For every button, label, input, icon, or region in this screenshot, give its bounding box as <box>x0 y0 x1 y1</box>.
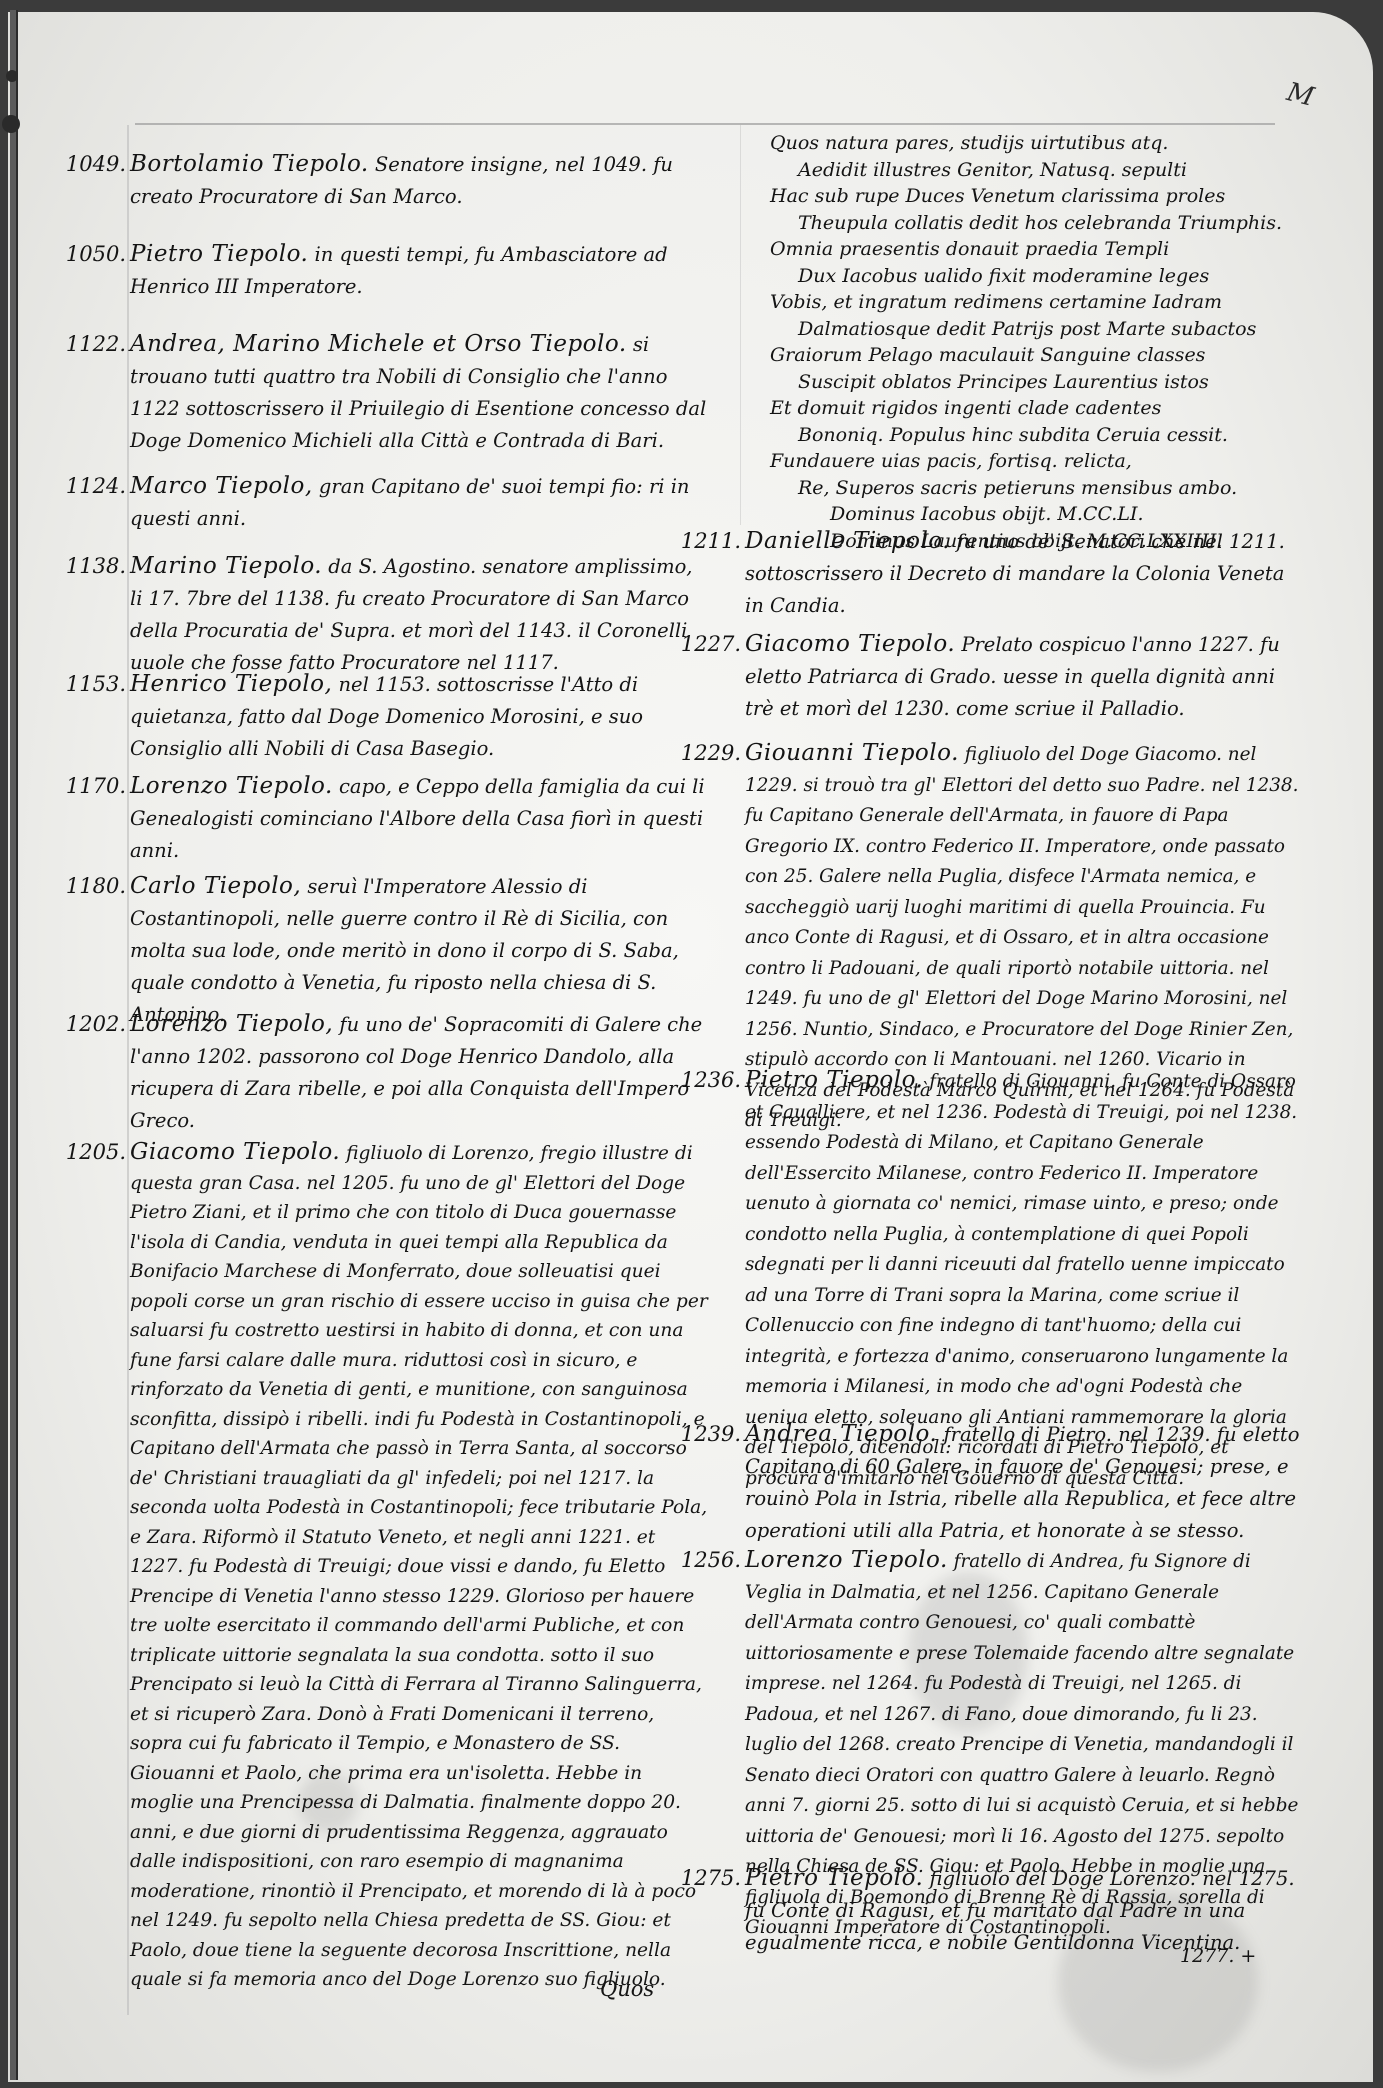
catchword: Quos <box>600 1977 654 2001</box>
entry-year: 1180. <box>40 870 126 902</box>
binding-knot <box>2 115 20 133</box>
entry-name: Marco Tiepolo, <box>130 473 313 499</box>
inscription-line: Fundauere uias pacis, fortisq. relicta, <box>770 448 1270 475</box>
entry-year: 1211. <box>655 525 741 557</box>
binding-knot <box>6 70 18 82</box>
ruled-margin-left <box>127 125 129 2015</box>
entry-name: Marino Tiepolo. <box>130 553 322 579</box>
entry-name: Bortolamio Tiepolo. <box>130 151 369 177</box>
inscription-line: Dominus Iacobus obijt. M.CC.LI. <box>770 501 1270 528</box>
entry-year: 1275. <box>655 1862 741 1894</box>
entry-name: Pietro Tiepolo. <box>130 241 308 267</box>
entry-name: Danielle Tiepolo. <box>745 528 950 554</box>
entry-name: Lorenzo Tiepolo. <box>745 1547 948 1573</box>
inscription-line: Hac sub rupe Duces Venetum clarissima pr… <box>770 183 1270 210</box>
entry-name: Andrea, Marino Michele et Orso Tiepolo. <box>130 331 627 357</box>
inscription-line: Dalmatiosque dedit Patrijs post Marte su… <box>770 316 1270 343</box>
entry-name: Carlo Tiepolo, <box>130 873 301 899</box>
entry: 1050. Pietro Tiepolo. in questi tempi, f… <box>130 238 710 303</box>
entry-year: 1050. <box>40 238 126 270</box>
entry-name: Giouanni Tiepolo. <box>745 740 959 766</box>
entry-year: 1124. <box>40 470 126 502</box>
inscription-line: Graiorum Pelago maculauit Sanguine class… <box>770 342 1270 369</box>
entry-name: Lorenzo Tiepolo, <box>130 1011 333 1037</box>
entry-year: 1239. <box>655 1418 741 1450</box>
entry: 1227. Giacomo Tiepolo. Prelato cospicuo … <box>745 628 1300 725</box>
entry-year: 1170. <box>40 770 126 802</box>
inscription-line: Suscipit oblatos Principes Laurentius is… <box>770 369 1270 396</box>
entry: 1049. Bortolamio Tiepolo. Senatore insig… <box>130 148 710 213</box>
entry: 1180. Carlo Tiepolo, seruì l'Imperatore … <box>130 870 710 1031</box>
binding-thread <box>10 10 18 2080</box>
closing-year-mark: 1277. + <box>1180 1945 1256 1967</box>
entry-text: figliuolo di Lorenzo, fregio illustre di… <box>130 1143 708 1990</box>
entry-name: Henrico Tiepolo, <box>130 671 332 697</box>
entry-name: Giacomo Tiepolo. <box>745 631 955 657</box>
entry: 1122. Andrea, Marino Michele et Orso Tie… <box>130 328 710 457</box>
entry: 1205. Giacomo Tiepolo. figliuolo di Lore… <box>130 1138 710 1995</box>
entry-year: 1227. <box>655 628 741 660</box>
entry-year: 1049. <box>40 148 126 180</box>
entry-year: 1202. <box>40 1008 126 1040</box>
ruled-line-top <box>135 123 1275 125</box>
entry: 1202. Lorenzo Tiepolo, fu uno de' Soprac… <box>130 1008 710 1137</box>
entry-name: Andrea Tiepolo. <box>745 1421 937 1447</box>
entry-year: 1256. <box>655 1545 741 1576</box>
entry: 1170. Lorenzo Tiepolo. capo, e Ceppo del… <box>130 770 710 867</box>
entry-year: 1229. <box>655 738 741 769</box>
entry-name: Pietro Tiepolo. <box>745 1067 923 1093</box>
entry-year: 1138. <box>40 550 126 582</box>
latin-inscription: Quos natura pares, studijs uirtutibus at… <box>770 130 1270 554</box>
entry-name: Lorenzo Tiepolo. <box>130 773 333 799</box>
entry-year: 1122. <box>40 328 126 360</box>
entry: 1211. Danielle Tiepolo. fu uno de' Senat… <box>745 525 1300 622</box>
manuscript-scan: M 1049. Bortolamio Tiepolo. Senatore ins… <box>0 0 1383 2088</box>
entry-year: 1236. <box>655 1065 741 1096</box>
inscription-line: Vobis, et ingratum redimens certamine Ia… <box>770 289 1270 316</box>
inscription-line: Quos natura pares, studijs uirtutibus at… <box>770 130 1270 157</box>
entry-name: Giacomo Tiepolo. <box>130 1139 340 1165</box>
entry: 1124. Marco Tiepolo, gran Capitano de' s… <box>130 470 710 535</box>
inscription-line: Et domuit rigidos ingenti clade cadentes <box>770 395 1270 422</box>
inscription-line: Re, Superos sacris petieruns mensibus am… <box>770 475 1270 502</box>
entry: 1138. Marino Tiepolo. da S. Agostino. se… <box>130 550 710 679</box>
inscription-line: Bononiq. Populus hinc subdita Ceruia ces… <box>770 422 1270 449</box>
inscription-line: Dux Iacobus ualido fixit moderamine lege… <box>770 263 1270 290</box>
ruled-column-divider <box>740 125 741 525</box>
entry-year: 1153. <box>40 668 126 700</box>
inscription-line: Aedidit illustres Genitor, Natusq. sepul… <box>770 157 1270 184</box>
entry-year: 1205. <box>40 1138 126 1168</box>
entry: 1153. Henrico Tiepolo, nel 1153. sottosc… <box>130 668 710 765</box>
inscription-line: Theupula collatis dedit hos celebranda T… <box>770 210 1270 237</box>
entry: 1239. Andrea Tiepolo. fratello di Pietro… <box>745 1418 1300 1547</box>
entry-name: Pietro Tiepolo. <box>745 1865 923 1891</box>
inscription-line: Omnia praesentis donauit praedia Templi <box>770 236 1270 263</box>
